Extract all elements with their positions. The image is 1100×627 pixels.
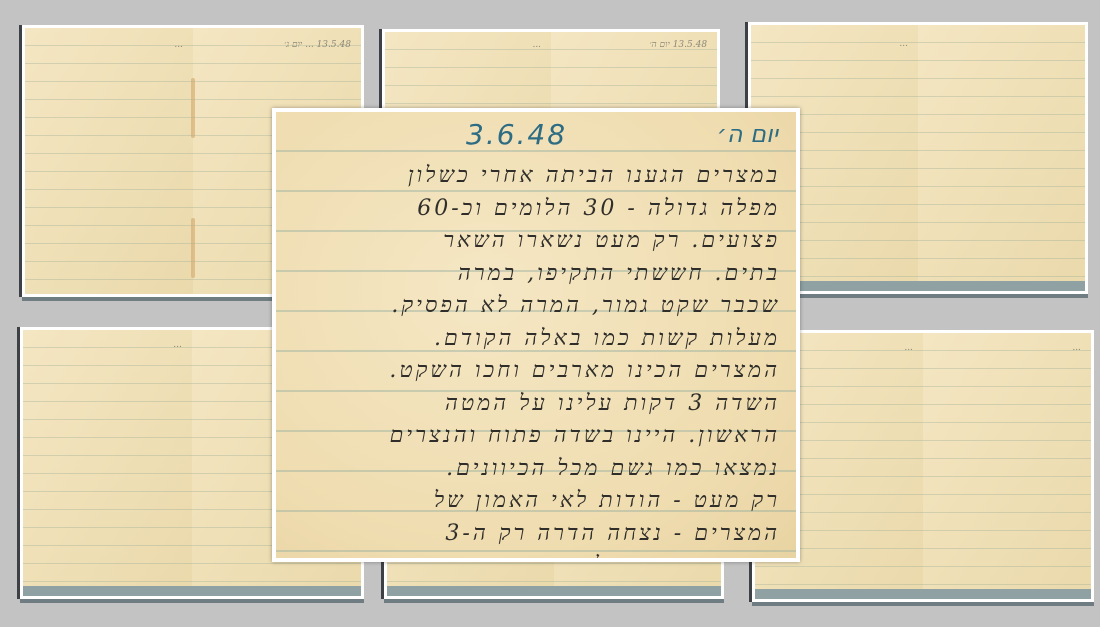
entry-line: השדה 3 דקות עלינו על המטה [294, 388, 780, 421]
handwritten-text: 13.5.48 ... יום ג׳ [203, 36, 351, 54]
entry-line: שכבר שקט גמור, המרה לא הפסיק. [294, 290, 780, 323]
diary-left-page: ... [25, 28, 194, 294]
entry-line: מעלות קשות כמו באלה הקודם. [294, 323, 780, 356]
handwritten-text: 13.5.48 יום ה׳ [561, 36, 707, 54]
notebook-edge [755, 589, 1091, 599]
binding-stitch [191, 78, 195, 138]
featured-diary-page: 3.6.48 יום ה׳ במצרים הגענו הביתה אחרי כש… [272, 108, 800, 562]
entry-line: המצרים - נצחה הדרה רק ה-3 [294, 518, 780, 551]
handwritten-text: ... [33, 336, 182, 354]
binding-stitch [191, 218, 195, 278]
entry-day: יום ה׳ [717, 120, 778, 148]
handwritten-text: ... [933, 339, 1081, 357]
notebook-edge [751, 281, 1085, 291]
entry-line: מפלה גדולה - 30 הלומים וכ-60 [294, 193, 780, 226]
entry-line: פצועים. נסוגנו לגבי והמשכנו. [294, 550, 780, 562]
entry-line: רק מעט - הודות לאי האמון של [294, 485, 780, 518]
entry-line: הראשון. היינו בשדה פתוח והנצרים [294, 420, 780, 453]
diary-right-page-blank [918, 25, 1085, 291]
entry-line: נמצאו כמו גשם מכל הכיוונים. [294, 453, 780, 486]
notebook-edge [387, 586, 721, 596]
handwritten-text: ... [35, 36, 183, 54]
entry-body: במצרים הגענו הביתה אחרי כשלון מפלה גדולה… [294, 160, 780, 562]
diary-right-page: ... [923, 333, 1091, 599]
entry-date: 3.6.48 [466, 118, 567, 151]
diary-scan-bottom-right: ... ... [752, 330, 1094, 602]
entry-line: בתים. חששתי התקיפו, במרה [294, 258, 780, 291]
handwritten-text: ... [395, 36, 541, 54]
entry-line: במצרים הגענו הביתה אחרי כשלון [294, 160, 780, 193]
handwritten-text: ... [761, 35, 908, 53]
notebook-edge [23, 586, 361, 596]
entry-line: פצועים. רק מעט נשארו השאר [294, 225, 780, 258]
entry-line: המצרים הכינו מארבים וחכו השקט. [294, 355, 780, 388]
diary-left-page: ... [23, 330, 193, 596]
